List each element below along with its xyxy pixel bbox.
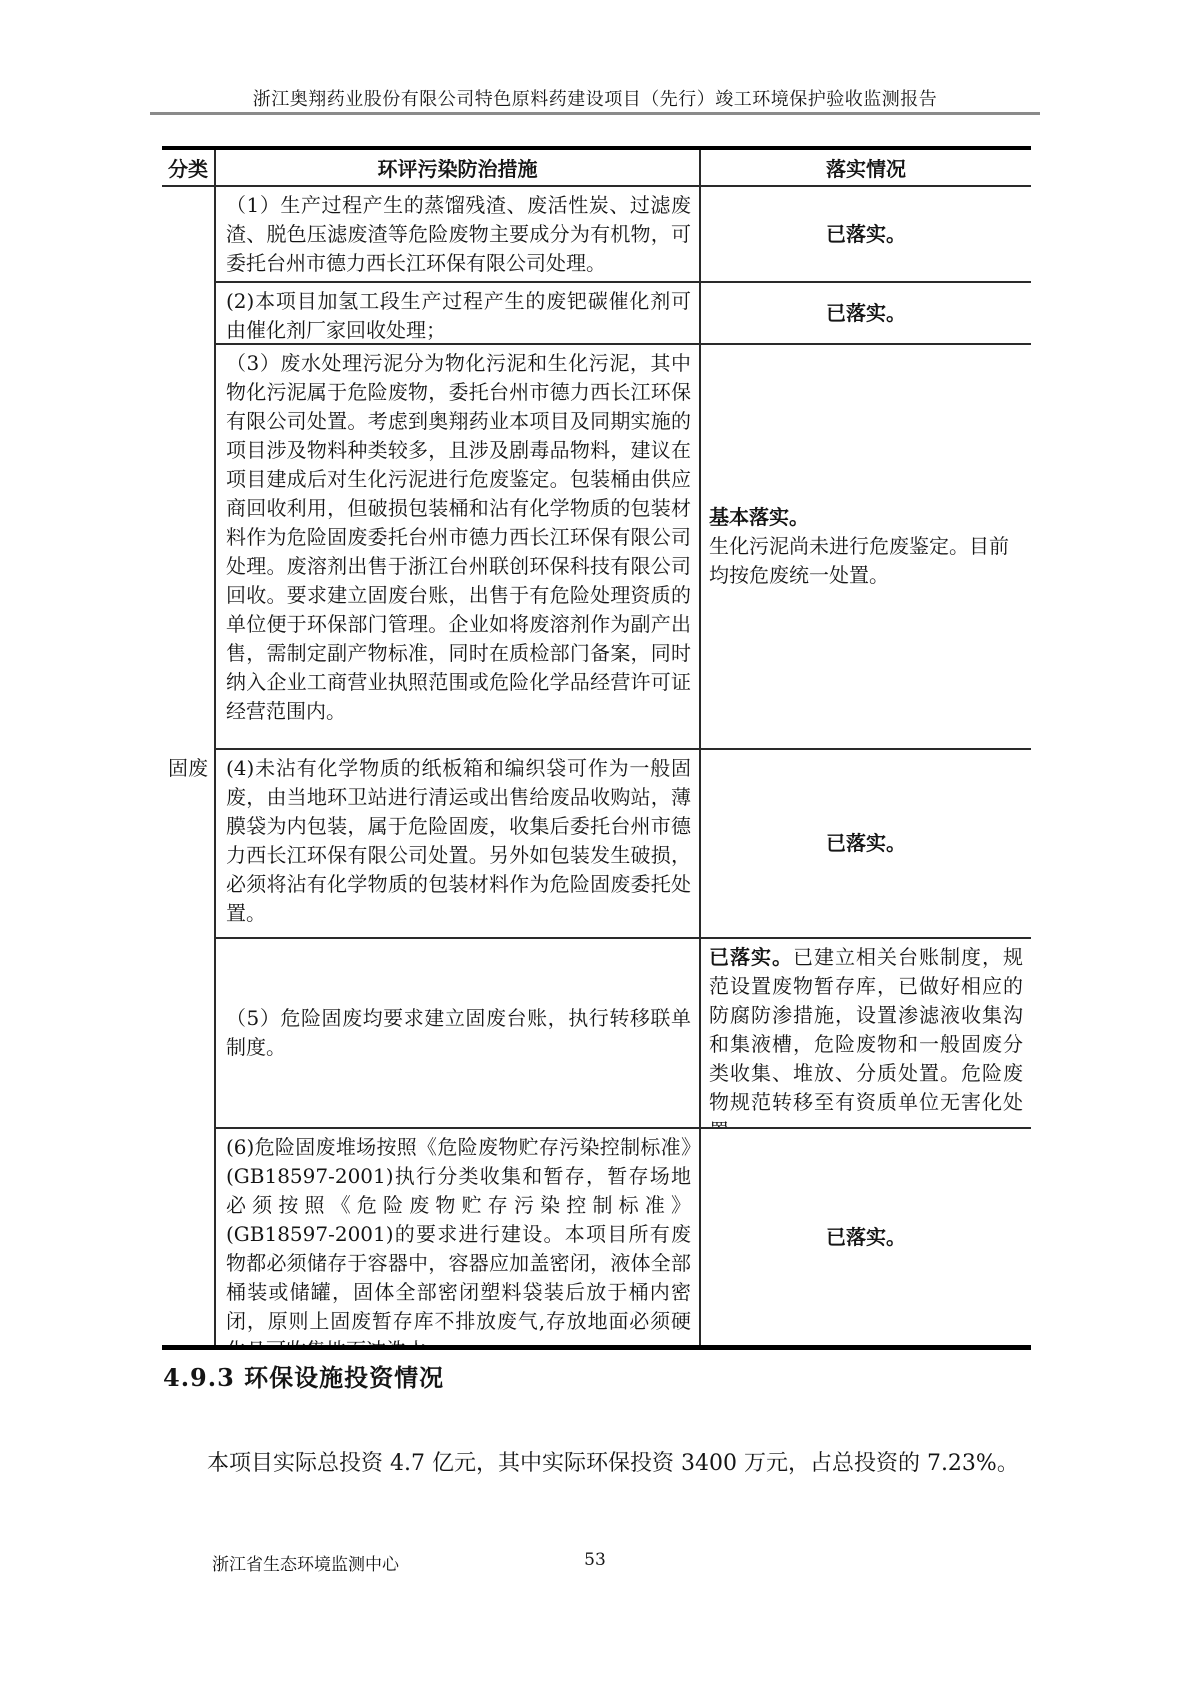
page-footer: 53 浙江省生态环境监测中心 [150, 1550, 1040, 1580]
header-measure: 环评污染防治措施 [215, 148, 700, 186]
measure-cell-6: (6)危险固废堆场按照《危险废物贮存污染控制标准》(GB18597-2001)执… [215, 1128, 700, 1348]
header-category: 分类 [162, 148, 215, 186]
footer-org: 浙江省生态环境监测中心 [212, 1550, 399, 1575]
header-rule-divider [150, 112, 1040, 115]
category-cell: 固废 [162, 186, 215, 1348]
status-cell-4: 已落实。 [700, 749, 1031, 938]
status-cell-2: 已落实。 [700, 282, 1031, 344]
section-heading: 4.9.3 环保设施投资情况 [163, 1358, 444, 1393]
measure-cell-2: (2)本项目加氢工段生产过程产生的废钯碳催化剂可由催化剂厂家回收处理； [215, 282, 700, 344]
status-text: 已落实。 [826, 1223, 906, 1252]
table-row: （3）废水处理污泥分为物化污泥和生化污泥，其中物化污泥属于危险废物，委托台州市德… [162, 344, 1031, 749]
measures-table: 分类 环评污染防治措施 落实情况 固废 （1）生产过程产生的蒸馏残渣、废活性炭、… [162, 146, 1031, 1350]
table-row: (2)本项目加氢工段生产过程产生的废钯碳催化剂可由催化剂厂家回收处理； 已落实。 [162, 282, 1031, 344]
table-row: (4)未沾有化学物质的纸板箱和编织袋可作为一般固废，由当地环卫站进行清运或出售给… [162, 749, 1031, 938]
header-status: 落实情况 [700, 148, 1031, 186]
status-text-detail: 生化污泥尚未进行危废鉴定。目前均按危废统一处置。 [709, 532, 1023, 590]
page-header-title: 浙江奥翔药业股份有限公司特色原料药建设项目（先行）竣工环境保护验收监测报告 [0, 85, 1190, 111]
investment-paragraph: 本项目实际总投资 4.7 亿元，其中实际环保投资 3400 万元，占总投资的 7… [163, 1434, 1040, 1494]
status-cell-5: 已落实。已建立相关台账制度，规范设置废物暂存库，已做好相应的防腐防渗措施，设置渗… [700, 938, 1031, 1128]
table-header-row: 分类 环评污染防治措施 落实情况 [162, 148, 1031, 186]
measure-cell-5: （5）危险固废均要求建立固废台账，执行转移联单制度。 [215, 938, 700, 1128]
measure-cell-1: （1）生产过程产生的蒸馏残渣、废活性炭、过滤废渣、脱色压滤废渣等危险废物主要成分… [215, 186, 700, 282]
status-text-bold: 已落实。 [709, 945, 793, 969]
table-row: (6)危险固废堆场按照《危险废物贮存污染控制标准》(GB18597-2001)执… [162, 1128, 1031, 1348]
table-row: （5）危险固废均要求建立固废台账，执行转移联单制度。 已落实。已建立相关台账制度… [162, 938, 1031, 1128]
status-text-bold: 基本落实。 [709, 503, 1023, 532]
table-row: 固废 （1）生产过程产生的蒸馏残渣、废活性炭、过滤废渣、脱色压滤废渣等危险废物主… [162, 186, 1031, 282]
status-text-detail: 已建立相关台账制度，规范设置废物暂存库，已做好相应的防腐防渗措施，设置渗滤液收集… [709, 945, 1023, 1127]
status-text: 已落实。 [826, 299, 906, 328]
measure-cell-3: （3）废水处理污泥分为物化污泥和生化污泥，其中物化污泥属于危险废物，委托台州市德… [215, 344, 700, 749]
measure-cell-4: (4)未沾有化学物质的纸板箱和编织袋可作为一般固废，由当地环卫站进行清运或出售给… [215, 749, 700, 938]
document-page: 浙江奥翔药业股份有限公司特色原料药建设项目（先行）竣工环境保护验收监测报告 分类… [0, 0, 1190, 1683]
status-text: 已落实。 [826, 220, 906, 249]
status-text: 已落实。 [826, 829, 906, 858]
status-cell-1: 已落实。 [700, 186, 1031, 282]
status-cell-6: 已落实。 [700, 1128, 1031, 1348]
status-cell-3: 基本落实。 生化污泥尚未进行危废鉴定。目前均按危废统一处置。 [700, 344, 1031, 749]
